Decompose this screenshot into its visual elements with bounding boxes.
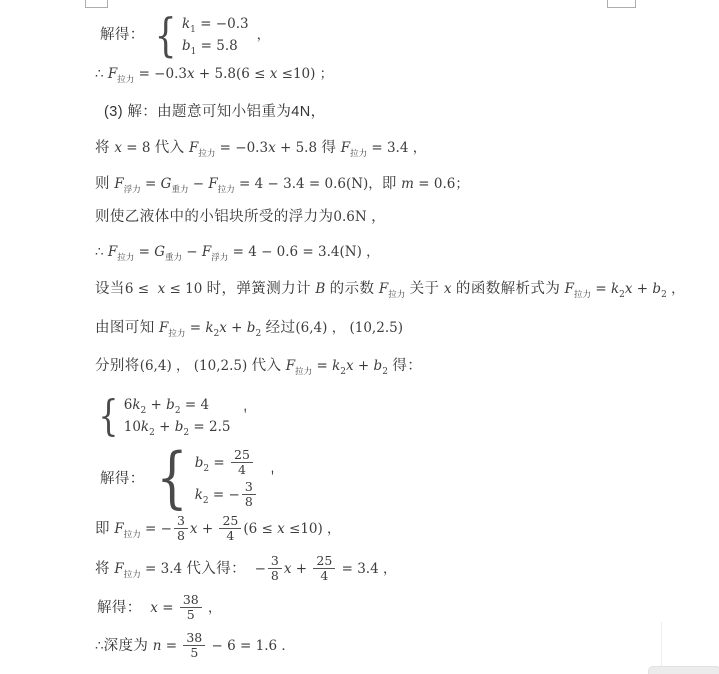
page-edge-line [661,622,662,668]
math-var: b [652,281,661,297]
math-var: G [161,176,172,192]
var-subscript: 拉力 [117,252,134,262]
math-text: ∴ [95,244,108,260]
math-var: b [374,358,383,374]
text-run: 则 [95,176,114,192]
math-text: + [198,521,218,537]
math-text: + [155,419,175,435]
system-comma: ＇ [266,470,280,487]
var-subscript: 2 [149,428,155,438]
fraction: 254 [313,554,335,584]
var-subscript: 1 [190,25,196,35]
math-var: F [202,244,211,260]
var-subscript: 浮力 [124,184,141,194]
formula-line: 即 F拉力 = −38x + 254(6 ≤ x ≤10) ， [95,514,341,544]
var-subscript: 2 [661,290,667,300]
math-var: k [195,487,203,503]
formula-line: 解得：{k1 = −0.3b1 = 5.8， [100,12,270,58]
math-var: k [141,419,149,435]
text-run: 代入得： [186,561,246,577]
fraction: 38 [268,554,282,584]
math-text: − [182,244,202,260]
math-text: − 6 = 1.6 ． [207,638,295,654]
var-subscript: 2 [340,367,346,377]
text-run: 得： [388,358,422,374]
math-text: + [146,397,166,413]
math-text: + [227,320,247,336]
math-var: F [189,140,198,156]
math-text: = [209,455,229,471]
curly-brace: { [154,17,176,54]
math-var: F [108,244,117,260]
math-text: ≤10) ， [285,521,341,537]
formula-line: 解得：{b2 = 254k2 = −38＇ [100,446,279,512]
fraction-numerator: 3 [268,554,282,568]
formula-line: ∴ F拉力 = −0.3x + 5.8(6 ≤ x ≤10) ； [95,64,333,84]
math-text: = 3.4 [141,561,187,577]
math-text: = 3.4 ， [337,561,396,577]
system-label: 解得： [100,25,145,45]
fraction: 254 [231,448,253,478]
system-row: b1 = 5.8 [182,36,249,56]
math-var: k [205,320,213,336]
math-text: − [188,176,208,192]
math-text: = 8 [122,140,155,156]
text-run: 将 [95,140,114,156]
math-var: m [401,176,414,192]
text-run: 代入 [155,140,189,156]
var-subscript: 拉力 [218,184,235,194]
math-text: + [291,561,311,577]
system-label: 解得： [100,469,145,489]
math-text: (6,4) ， (10,2.5) [140,358,252,374]
math-text: + [633,281,653,297]
fraction-denominator: 8 [174,528,188,543]
text-run: 深度为 [104,638,153,654]
math-var: k [182,16,190,32]
math-text: = [141,176,161,192]
var-subscript: 拉力 [295,366,312,376]
equation-system: 6k2 + b2 = 410k2 + b2 = 2.5 [124,393,231,439]
var-subscript: 2 [382,367,388,377]
system-comma: ＇ [239,408,253,425]
math-var: b [182,38,191,54]
formula-line: 将 F拉力 = 3.4 代入得： −38x + 254 = 3.4 ， [95,554,396,584]
fraction: 385 [183,631,205,661]
var-subscript: 拉力 [350,148,367,158]
formula-line: {6k2 + b2 = 410k2 + b2 = 2.5＇ [95,393,252,439]
math-var: x [268,140,276,156]
formula-line: 则使乙液体中的小铝块所受的浮力为0.6N ， [95,207,386,227]
math-text: = [312,358,332,374]
system-row: k2 = −38 [195,480,258,510]
var-subscript: 2 [141,406,147,416]
text-run: 时，弹簧测力计 [207,281,316,297]
var-subscript: 2 [619,290,625,300]
math-text: = 4 − 3.4 = 0.6(N)， [235,176,382,192]
math-text: ， [204,600,222,616]
text-run: 经过 [261,320,295,336]
var-subscript: 重力 [171,184,188,194]
var-subscript: 2 [214,329,220,339]
var-subscript: 拉力 [388,289,405,299]
text-run: 即 [95,521,114,537]
math-text: 6 ≤ [125,281,158,297]
math-text: ∴ [95,638,104,654]
fraction-denominator: 5 [180,607,202,622]
math-text [142,600,151,616]
curly-brace: { [156,452,188,505]
cropped-box-corner-right [607,0,636,8]
math-var: F [286,358,295,374]
var-subscript: 拉力 [574,289,591,299]
fraction-numerator: 25 [219,514,241,528]
fraction-denominator: 5 [183,645,205,660]
var-subscript: 重力 [165,252,182,262]
text-run: 解得： [100,471,145,487]
math-var: k [611,281,619,297]
text-run: 设当 [95,281,125,297]
math-text: = 4 − 0.6 = 3.4(N) ， [228,244,379,260]
bottom-right-ui-fragment [648,666,719,674]
math-text: = [134,244,154,260]
fraction-numerator: 25 [313,554,335,568]
math-text: + 5.8(6 ≤ [195,66,270,82]
math-var: F [114,176,123,192]
math-text: ∴ [95,66,108,82]
math-text: ， [667,281,685,297]
var-subscript: 2 [203,496,209,506]
equation-system: b2 = 254k2 = −38 [195,446,258,512]
equation-system: k1 = −0.3b1 = 5.8 [182,12,249,58]
document-page: 解得：{k1 = −0.3b1 = 5.8，∴ F拉力 = −0.3x + 5.… [0,0,719,674]
text-run: 即 [382,176,401,192]
text-run: 分别将 [95,358,140,374]
var-subscript: 2 [183,428,189,438]
fraction-denominator: 8 [268,568,282,583]
math-var: k [132,397,140,413]
math-text: (6,4) ， (10,2.5) [295,320,403,336]
formula-line: 设当6 ≤ x ≤ 10 时，弹簧测力计 B 的示数 F拉力 关于 x 的函数解… [95,279,685,299]
fraction: 38 [242,480,256,510]
math-text: = 5.8 [196,38,237,54]
math-text: = −0.3 [196,16,249,32]
math-text: = − [209,487,240,503]
math-text: = − [141,521,172,537]
text-run: (3) 解：由题意可知小铝重为4N， [104,104,326,120]
math-text: = −0.3 [215,140,268,156]
text-run: 则使乙液体中的小铝块所受的浮力为 [95,209,333,225]
var-subscript: 拉力 [124,569,141,579]
fraction: 254 [219,514,241,544]
math-text: ≤ 10 [165,281,206,297]
fraction-numerator: 38 [183,631,205,645]
math-var: F [379,281,388,297]
fraction-denominator: 4 [313,568,335,583]
var-subscript: 2 [203,464,209,474]
math-var: x [625,281,633,297]
math-var: F [114,521,123,537]
formula-line: ∴深度为 n = 385 − 6 = 1.6 ． [95,631,295,661]
math-var: F [208,176,217,192]
math-text: = 3.4 ， [367,140,426,156]
text-run: 由图可知 [95,320,159,336]
cropped-box-corner-left [85,0,108,8]
fraction-denominator: 4 [231,462,253,477]
text-run: 解得： [97,600,142,616]
formula-line: 将 x = 8 代入 F拉力 = −0.3x + 5.8 得 F拉力 = 3.4… [95,138,426,158]
text-run: ， [367,209,386,225]
formula-line: 解得： x = 385 ， [97,593,222,623]
math-text: + 5.8 [276,140,322,156]
math-var: F [341,140,350,156]
math-var: x [187,66,195,82]
formula-line: 由图可知 F拉力 = k2x + b2 经过(6,4) ， (10,2.5) [95,318,403,338]
math-var: F [565,281,574,297]
text-run: 的示数 [325,281,379,297]
fraction-numerator: 3 [174,514,188,528]
fraction-numerator: 25 [231,448,253,462]
formula-line: 分别将(6,4) ， (10,2.5) 代入 F拉力 = k2x + b2 得： [95,356,422,376]
text-run: 得 [321,140,340,156]
fraction-numerator: 3 [242,480,256,494]
fraction-denominator: 4 [219,528,241,543]
system-row: 10k2 + b2 = 2.5 [124,417,231,437]
math-var: x [150,600,158,616]
var-subscript: 2 [255,329,261,339]
fraction-denominator: 8 [242,494,256,509]
math-text: (6 ≤ [243,521,277,537]
math-var: B [315,281,325,297]
math-var: x [114,140,122,156]
math-text: ≤10) ； [277,66,333,82]
var-subscript: 拉力 [168,328,185,338]
system-row: 6k2 + b2 = 4 [124,395,231,415]
text-run: 解得： [100,27,145,43]
math-text: = 4 [181,397,209,413]
var-subscript: 拉力 [124,529,141,539]
var-subscript: 1 [191,47,197,57]
math-var: F [159,320,168,336]
math-text: = 0.6； [414,176,469,192]
text-run: 代入 [252,358,286,374]
math-var: F [114,561,123,577]
fraction: 38 [174,514,188,544]
math-var: x [190,521,198,537]
system-comma: ， [257,27,271,44]
math-text: = [158,600,178,616]
math-var: x [277,521,285,537]
math-var: x [219,320,227,336]
math-text: = 2.5 [189,419,230,435]
math-var: G [154,244,165,260]
system-row: k1 = −0.3 [182,14,249,34]
math-var: x [444,281,452,297]
formula-line: 则 F浮力 = G重力 − F拉力 = 4 − 3.4 = 0.6(N)，即 m… [95,174,469,194]
formula-line: (3) 解：由题意可知小铝重为4N， [104,102,326,122]
var-subscript: 拉力 [198,148,215,158]
math-text: 0.6N [333,209,366,225]
fraction: 385 [180,593,202,623]
math-text: + [354,358,374,374]
fraction-numerator: 38 [180,593,202,607]
math-text: = [185,320,205,336]
math-var: x [346,358,354,374]
text-run: 的函数解析式为 [452,281,565,297]
math-text: = [591,281,611,297]
var-subscript: 拉力 [117,74,134,84]
var-subscript: 2 [175,406,181,416]
curly-brace: { [98,399,118,433]
system-row: b2 = 254 [195,448,258,478]
math-var: F [108,66,117,82]
math-text: − [246,561,266,577]
math-text: = [161,638,181,654]
formula-line: ∴ F拉力 = G重力 − F浮力 = 4 − 0.6 = 3.4(N) ， [95,242,380,262]
math-text: = −0.3 [134,66,187,82]
math-var: b [166,397,175,413]
var-subscript: 浮力 [211,252,228,262]
math-text: 10 [124,419,141,435]
text-run: 关于 [405,281,444,297]
text-run: 将 [95,561,114,577]
